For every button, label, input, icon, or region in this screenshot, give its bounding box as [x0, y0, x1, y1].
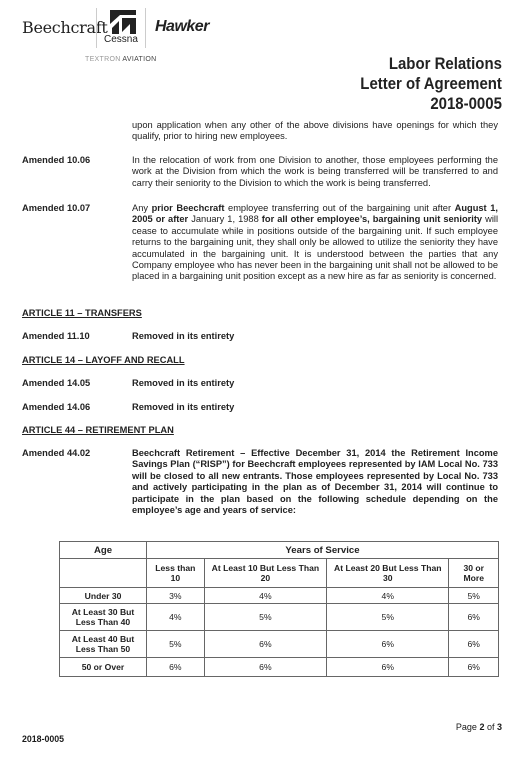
article-14-heading: ARTICLE 14 – LAYOFF AND RECALL — [22, 355, 185, 365]
logo-divider — [96, 8, 97, 48]
hawker-logo: Hawker — [155, 18, 209, 36]
page-total: 3 — [497, 722, 502, 732]
table-row: Under 30 3% 4% 4% 5% — [60, 588, 499, 604]
rate-cell: 6% — [147, 658, 205, 677]
table-row: At Least 30 But Less Than 40 4% 5% 5% 6% — [60, 604, 499, 631]
section-text-10-06: In the relocation of work from one Divis… — [132, 155, 498, 189]
bold-run: prior Beechcraft — [152, 203, 225, 213]
section-text-11-10: Removed in its entirety — [132, 331, 234, 341]
years-of-service-header: Years of Service — [147, 542, 499, 559]
title-line-1: Labor Relations — [360, 54, 502, 74]
section-text-10-07: Any prior Beechcraft employee transferri… — [132, 203, 498, 283]
rate-cell: 5% — [449, 588, 499, 604]
age-cell: Under 30 — [60, 588, 147, 604]
section-label-10-06: Amended 10.06 — [22, 155, 90, 165]
retirement-schedule-table: Age Years of Service Less than 10 At Lea… — [59, 541, 499, 677]
age-header: Age — [60, 542, 147, 559]
page-prefix: Page — [456, 722, 480, 732]
title-line-2: Letter of Agreement — [360, 74, 502, 94]
text-run: employee transferring out of the bargain… — [224, 203, 454, 213]
footer-doc-number: 2018-0005 — [22, 734, 64, 744]
rate-cell: 4% — [327, 588, 449, 604]
text-run: January 1, 1988 — [188, 214, 262, 224]
table-row: At Least 40 But Less Than 50 5% 6% 6% 6% — [60, 631, 499, 658]
text-run: Any — [132, 203, 152, 213]
aviation-text: AVIATION — [122, 56, 156, 63]
column-header: At Least 20 But Less Than 30 — [327, 559, 449, 588]
continuation-paragraph: upon application when any other of the a… — [132, 120, 498, 143]
age-cell: 50 or Over — [60, 658, 147, 677]
rate-cell: 6% — [449, 658, 499, 677]
age-cell: At Least 30 But Less Than 40 — [60, 604, 147, 631]
section-label-14-06: Amended 14.06 — [22, 402, 90, 412]
rate-cell: 6% — [327, 631, 449, 658]
section-label-11-10: Amended 11.10 — [22, 331, 90, 341]
rate-cell: 6% — [204, 658, 326, 677]
textron-text: TEXTRON — [85, 56, 121, 63]
section-text-14-06: Removed in its entirety — [132, 402, 234, 412]
section-label-10-07: Amended 10.07 — [22, 203, 90, 213]
table-row: 50 or Over 6% 6% 6% 6% — [60, 658, 499, 677]
beechcraft-logo: Beechcraft — [22, 18, 107, 37]
logo-divider — [145, 8, 146, 48]
section-text-44-02: Beechcraft Retirement – Effective Decemb… — [132, 448, 498, 516]
text-run: will cease to accumulate while in positi… — [132, 214, 498, 281]
column-header: Less than 10 — [147, 559, 205, 588]
age-cell: At Least 40 But Less Than 50 — [60, 631, 147, 658]
section-label-14-05: Amended 14.05 — [22, 378, 90, 388]
rate-cell: 5% — [327, 604, 449, 631]
cessna-logo-icon — [110, 10, 136, 34]
bold-run: for all other employee’s, bargaining uni… — [262, 214, 482, 224]
rate-cell: 6% — [449, 631, 499, 658]
rate-cell: 6% — [327, 658, 449, 677]
article-44-heading: ARTICLE 44 – RETIREMENT PLAN — [22, 425, 174, 435]
section-label-44-02: Amended 44.02 — [22, 448, 90, 458]
page-mid: of — [484, 722, 497, 732]
textron-aviation-logo: TEXTRON AVIATION — [85, 56, 156, 63]
rate-cell: 5% — [147, 631, 205, 658]
cessna-logo-text: Cessna — [104, 34, 138, 45]
article-11-heading: ARTICLE 11 – TRANSFERS — [22, 308, 142, 318]
title-line-3: 2018-0005 — [360, 94, 502, 114]
rate-cell: 4% — [147, 604, 205, 631]
column-header: At Least 10 But Less Than 20 — [204, 559, 326, 588]
section-text-14-05: Removed in its entirety — [132, 378, 234, 388]
document-title: Labor Relations Letter of Agreement 2018… — [360, 54, 502, 114]
rate-cell: 6% — [204, 631, 326, 658]
rate-cell: 5% — [204, 604, 326, 631]
rate-cell: 3% — [147, 588, 205, 604]
page-number: Page 2 of 3 — [456, 722, 502, 732]
rate-cell: 6% — [449, 604, 499, 631]
rate-cell: 4% — [204, 588, 326, 604]
column-header: 30 or More — [449, 559, 499, 588]
empty-header-cell — [60, 559, 147, 588]
